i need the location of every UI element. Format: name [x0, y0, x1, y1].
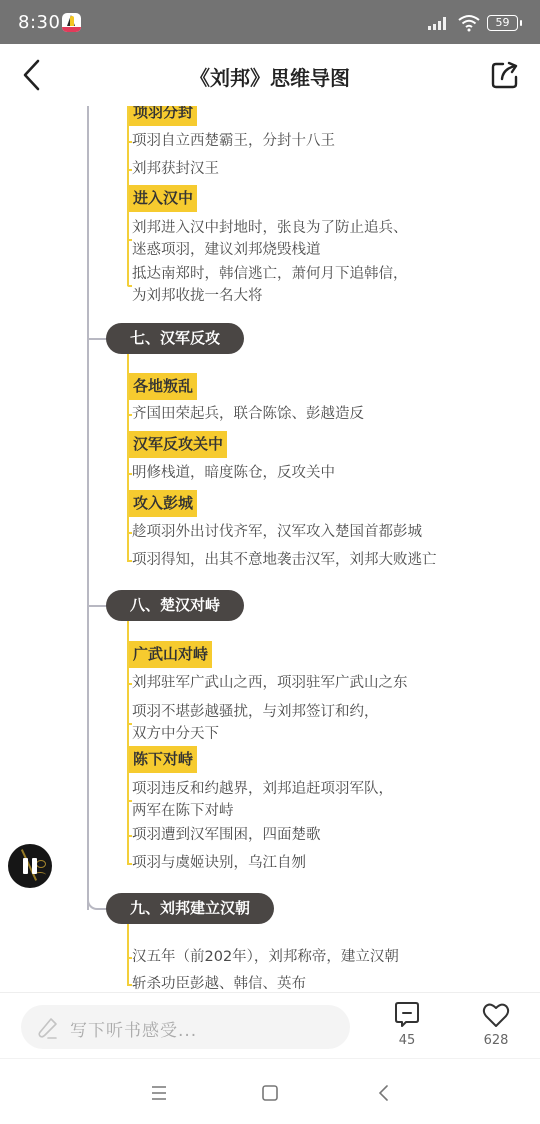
player-cover-disc[interactable]: [8, 844, 52, 888]
heart-icon: [482, 1001, 510, 1029]
leaf-node[interactable]: 刘邦驻军广武山之西，项羽驻军广武山之东: [132, 672, 408, 694]
topic-node[interactable]: 各地叛乱: [129, 373, 197, 400]
comment-input[interactable]: 写下听书感受...: [21, 1005, 350, 1049]
leaf-node[interactable]: 明修栈道，暗度陈仓，反攻关中: [132, 462, 335, 484]
system-nav-bar: [0, 1058, 540, 1124]
topic-node[interactable]: 项羽分封: [129, 106, 197, 126]
status-time: 8:30: [18, 12, 60, 33]
branch-line: [127, 924, 129, 984]
leaf-node[interactable]: 刘邦获封汉王: [132, 158, 219, 180]
topic-node[interactable]: 陈下对峙: [129, 746, 197, 773]
leaf-node[interactable]: 齐国田荣起兵，联合陈馀、彭越造反: [132, 403, 364, 425]
cellular-signal-icon: [428, 17, 450, 30]
leaf-node[interactable]: 项羽与虞姬诀别，乌江自刎: [132, 852, 306, 874]
leaf-line: 刘邦进入汉中封地时，张良为了防止追兵、: [132, 217, 408, 239]
floating-audio-player[interactable]: [0, 838, 56, 894]
menu-nav-button[interactable]: [149, 1083, 169, 1103]
status-bar: 8:30 59: [0, 0, 540, 44]
page-title: 《刘邦》思维导图: [0, 62, 540, 91]
branch-line: [127, 236, 129, 286]
share-button[interactable]: [490, 60, 520, 90]
pause-icon: [23, 858, 28, 874]
like-count: 628: [466, 1033, 526, 1048]
home-nav-button[interactable]: [260, 1083, 280, 1103]
leaf-line: 项羽不堪彭越骚扰，与刘邦签订和约，: [132, 701, 379, 723]
chapter-node-9[interactable]: 九、刘邦建立汉朝: [106, 893, 274, 924]
battery-tip: [520, 20, 522, 26]
comment-count: 45: [377, 1033, 437, 1048]
topic-node[interactable]: 进入汉中: [129, 185, 197, 212]
leaf-node[interactable]: 斩杀功臣彭越、韩信、英布: [132, 973, 306, 992]
leaf-line: 两军在陈下对峙: [132, 800, 393, 822]
leaf-node[interactable]: 项羽遭到汉军围困，四面楚歌: [132, 824, 321, 846]
chapter-node-7[interactable]: 七、汉军反攻: [106, 323, 244, 354]
like-button[interactable]: 628: [466, 1001, 526, 1053]
leaf-line: 抵达南郑时，韩信逃亡，萧何月下追韩信，: [132, 263, 408, 285]
battery-indicator: 59: [487, 15, 518, 31]
mindmap-trunk-line: [87, 106, 89, 910]
leaf-node[interactable]: 刘邦进入汉中封地时，张良为了防止追兵、 迷惑项羽，建议刘邦烧毁栈道: [132, 217, 408, 261]
topic-node[interactable]: 攻入彭城: [129, 490, 197, 517]
leaf-line: 项羽违反和约越界，刘邦追赶项羽军队，: [132, 778, 393, 800]
leaf-node[interactable]: 项羽违反和约越界，刘邦追赶项羽军队， 两军在陈下对峙: [132, 778, 393, 822]
bottom-action-bar: 写下听书感受... 45 628: [0, 992, 540, 1058]
leaf-node[interactable]: 趁项羽外出讨伐齐军，汉军攻入楚国首都彭城: [132, 521, 422, 543]
pause-icon: [32, 858, 37, 874]
pen-icon: [36, 1016, 60, 1040]
topic-node[interactable]: 汉军反攻关中: [129, 431, 227, 458]
leaf-node[interactable]: 汉五年（前202年），刘邦称帝，建立汉朝: [132, 946, 399, 968]
back-nav-button[interactable]: [374, 1083, 394, 1103]
leaf-node[interactable]: 抵达南郑时，韩信逃亡，萧何月下追韩信， 为刘邦收拢一名大将: [132, 263, 408, 307]
trunk-connector: [88, 338, 108, 340]
page-header: 《刘邦》思维导图: [0, 44, 540, 106]
trunk-connector: [88, 605, 108, 607]
leaf-node[interactable]: 项羽得知，出其不意地袭击汉军，刘邦大败逃亡: [132, 549, 437, 571]
topic-node[interactable]: 广武山对峙: [129, 641, 212, 668]
mindmap-canvas[interactable]: 项羽分封 项羽自立西楚霸王，分封十八王 刘邦获封汉王 进入汉中 刘邦进入汉中封地…: [0, 106, 540, 992]
app-notification-icon: [62, 13, 81, 32]
leaf-line: 迷惑项羽，建议刘邦烧毁栈道: [132, 239, 408, 261]
wifi-icon: [458, 14, 480, 32]
comment-button[interactable]: 45: [377, 1001, 437, 1053]
chapter-node-8[interactable]: 八、楚汉对峙: [106, 590, 244, 621]
leaf-line: 双方中分天下: [132, 723, 379, 745]
leaf-line: 为刘邦收拢一名大将: [132, 285, 408, 307]
leaf-node[interactable]: 项羽自立西楚霸王，分封十八王: [132, 130, 335, 152]
comment-icon: [394, 1001, 420, 1029]
comment-placeholder: 写下听书感受...: [70, 1016, 197, 1041]
leaf-node[interactable]: 项羽不堪彭越骚扰，与刘邦签订和约， 双方中分天下: [132, 701, 379, 745]
